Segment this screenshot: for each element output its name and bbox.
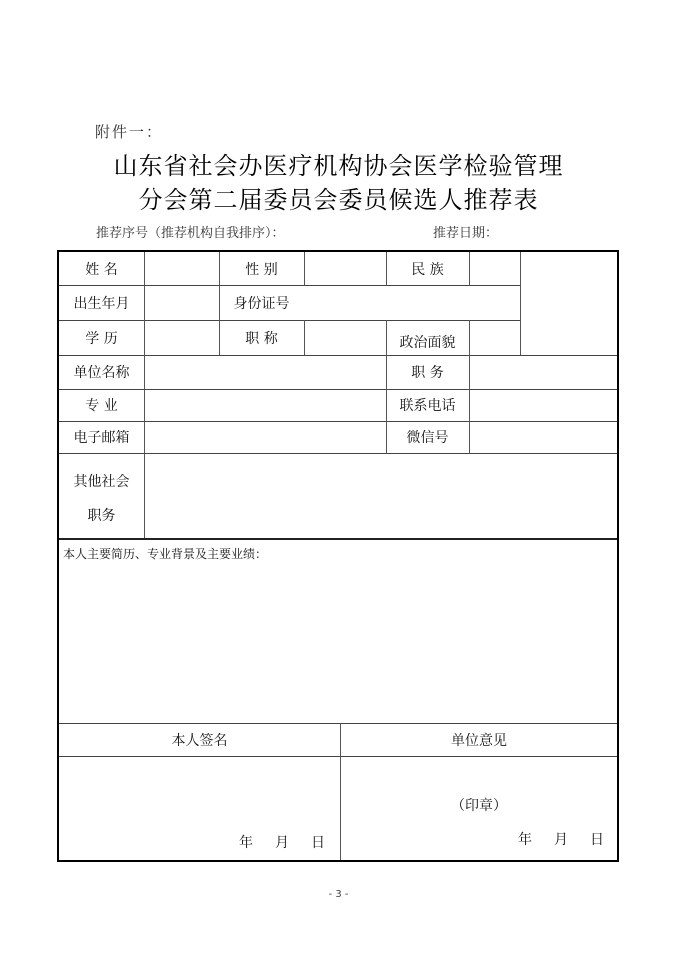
label-birth: 出生年月 <box>59 285 144 320</box>
label-resume: 本人主要简历、专业背景及主要业绩： <box>63 545 267 562</box>
month-label: 月 <box>554 829 568 849</box>
year-label: 年 <box>239 832 253 852</box>
signature-date: 年 月 日 <box>239 832 325 852</box>
education-field[interactable] <box>145 320 219 355</box>
label-other-roles-line2: 职务 <box>59 504 144 526</box>
label-gender: 性 别 <box>219 252 304 285</box>
wechat-field[interactable] <box>470 421 617 453</box>
page-number: - 3 - <box>0 889 677 900</box>
label-position: 职 务 <box>386 355 469 389</box>
gender-field[interactable] <box>305 252 386 285</box>
political-field[interactable] <box>470 320 520 355</box>
label-email: 电子邮箱 <box>59 421 144 453</box>
phone-field[interactable] <box>470 389 617 421</box>
label-title: 职 称 <box>219 320 304 355</box>
label-political: 政治面貌 <box>386 324 469 359</box>
signature-field[interactable] <box>59 757 340 827</box>
label-name: 姓 名 <box>59 252 144 285</box>
photo-area[interactable] <box>521 252 617 355</box>
form-title-line2: 分会第二届委员会委员候选人推荐表 <box>0 180 677 215</box>
year-label: 年 <box>518 829 532 849</box>
seal-label: （印章） <box>341 794 617 816</box>
label-other-roles-line1: 其他社会 <box>59 470 144 492</box>
email-field[interactable] <box>145 421 386 453</box>
label-major: 专 业 <box>59 389 144 421</box>
label-signature: 本人签名 <box>59 723 340 756</box>
position-field[interactable] <box>470 355 617 389</box>
title-field[interactable] <box>305 320 386 355</box>
label-employer: 单位名称 <box>59 355 144 389</box>
row-divider <box>59 538 617 540</box>
ethnicity-field[interactable] <box>470 252 520 285</box>
birth-field[interactable] <box>145 285 219 320</box>
id-number-field[interactable] <box>305 285 520 320</box>
label-ethnicity: 民 族 <box>386 252 469 285</box>
label-phone: 联系电话 <box>386 389 469 421</box>
day-label: 日 <box>311 832 325 852</box>
label-unit-opinion: 单位意见 <box>341 723 617 756</box>
label-wechat: 微信号 <box>386 421 469 453</box>
major-field[interactable] <box>145 389 386 421</box>
month-label: 月 <box>275 832 289 852</box>
other-roles-field[interactable] <box>145 453 617 538</box>
recommend-date-label: 推荐日期： <box>433 222 498 241</box>
annex-label: 附件一： <box>95 121 163 142</box>
resume-field[interactable] <box>59 562 617 722</box>
form-title-line1: 山东省社会办医疗机构协会医学检验管理 <box>0 146 677 181</box>
unit-date: 年 月 日 <box>518 829 604 849</box>
name-field[interactable] <box>145 252 219 285</box>
employer-field[interactable] <box>145 355 386 389</box>
unit-opinion-field[interactable] <box>341 757 617 797</box>
day-label: 日 <box>590 829 604 849</box>
sequence-label: 推荐序号（推荐机构自我排序）： <box>96 222 285 241</box>
label-education: 学 历 <box>59 320 144 355</box>
recommendation-form-table: 姓 名 性 别 民 族 出生年月 身份证号 学 历 职 称 政治面貌 单位名称 … <box>57 250 619 862</box>
label-id-number: 身份证号 <box>219 285 304 320</box>
